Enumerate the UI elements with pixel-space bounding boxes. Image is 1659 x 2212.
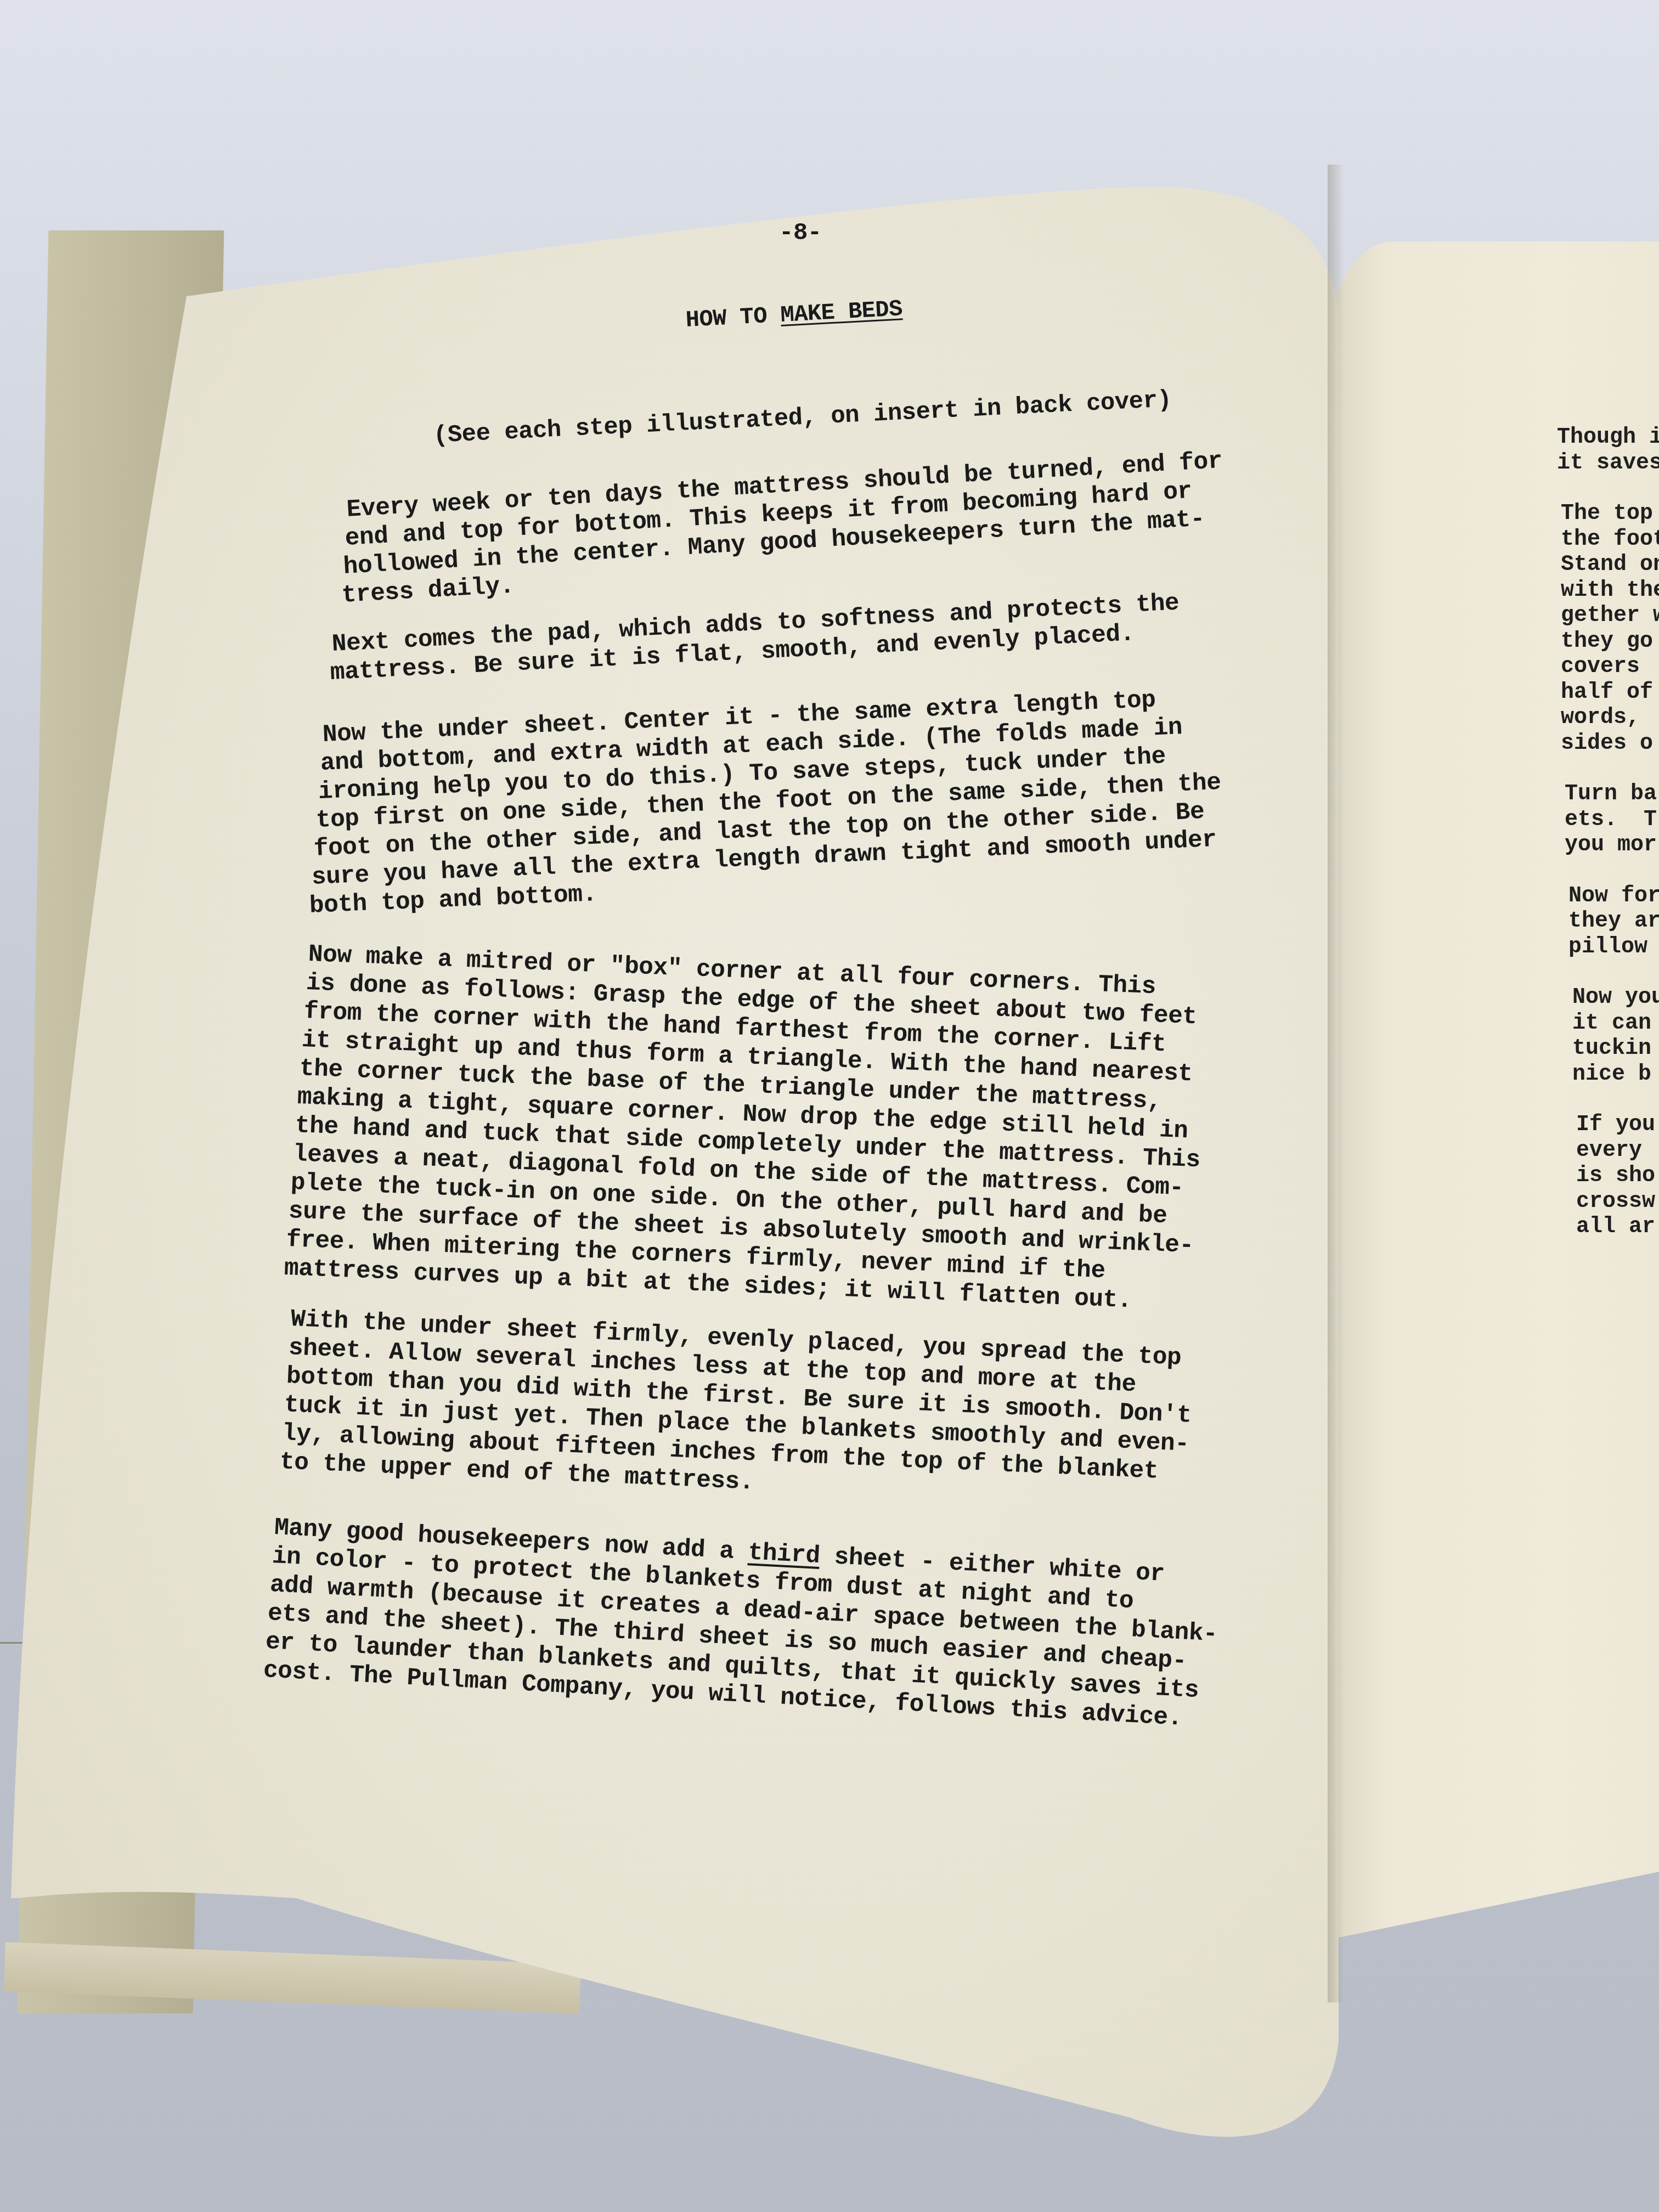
right-page-paragraph: Now you it can tuckin nice b: [1557, 985, 1659, 1087]
page-curl-shadow: [1328, 165, 1344, 2002]
right-page-paragraph: The top the foot Stand on with the gethe…: [1557, 501, 1659, 757]
photo-scene: Though i it savesThe top the foot Stand …: [0, 0, 1659, 2212]
right-page-text: Though i it savesThe top the foot Stand …: [1557, 425, 1659, 1266]
right-page-paragraph: Though i it saves: [1557, 425, 1659, 476]
right-page-paragraph: If you every is sho crossw all ar: [1557, 1113, 1659, 1240]
right-page-paragraph: Turn ba ets. T you mor: [1557, 782, 1659, 859]
right-page-paragraph: Now for they ar pillow: [1557, 884, 1659, 961]
left-page: [11, 88, 1339, 2189]
